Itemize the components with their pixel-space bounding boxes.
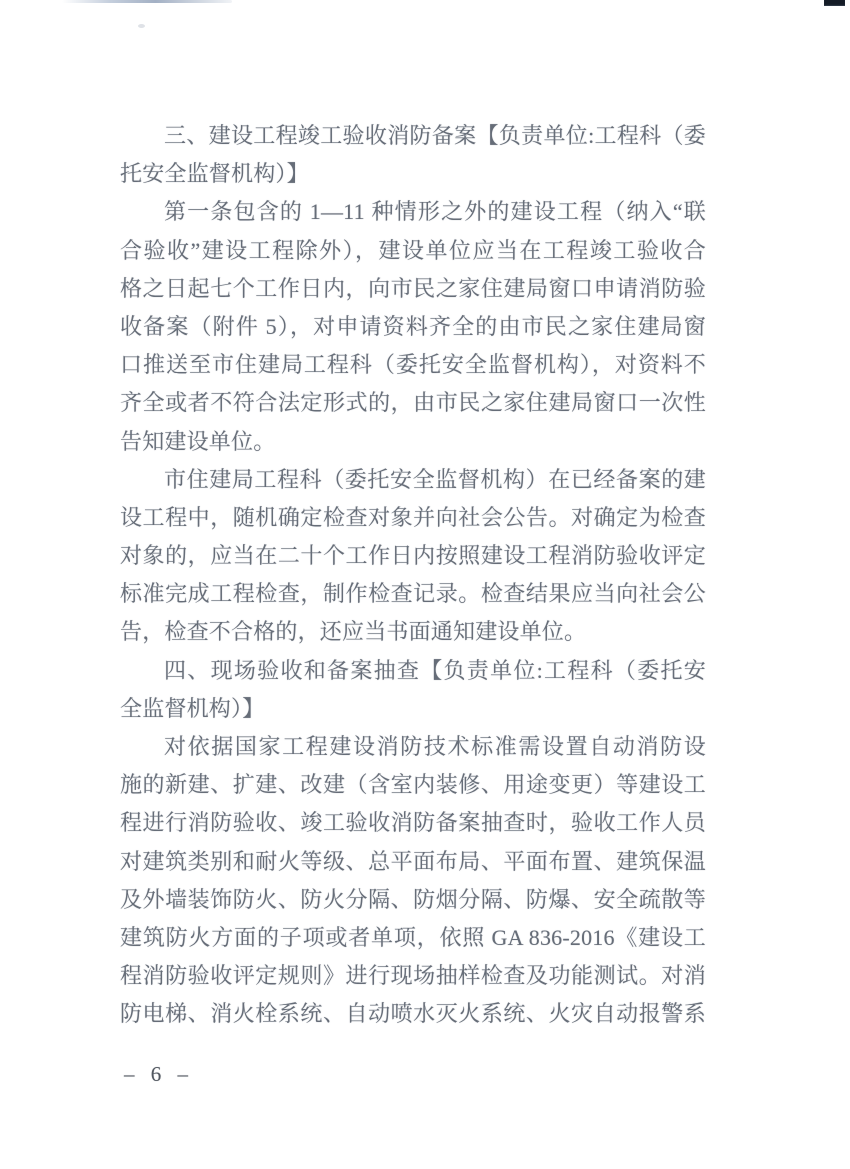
scan-mark-top-right-corner (824, 0, 845, 6)
section-heading-line: 全监督机构）】 (120, 690, 706, 728)
paragraph-line: 格之日起七个工作日内，向市民之家住建局窗口申请消防验 (120, 270, 706, 308)
paragraph-line: 对依据国家工程建设消防技术标准需设置自动消防设 (120, 728, 706, 766)
scanned-document-page: 三、建设工程竣工验收消防备案【负责单位:工程科（委 托安全监督机构）】 第一条包… (0, 0, 850, 1169)
paragraph-line: 标准完成工程检查，制作检查记录。检查结果应当向社会公 (120, 575, 706, 613)
page-number: – 6 – (124, 1062, 190, 1087)
paragraph-line: 告，检查不合格的，还应当书面通知建设单位。 (120, 613, 706, 651)
paragraph-line: 施的新建、扩建、改建（含室内装修、用途变更）等建设工 (120, 766, 706, 804)
paragraph-line: 及外墙装饰防火、防火分隔、防烟分隔、防爆、安全疏散等 (120, 881, 706, 919)
section-heading-line: 三、建设工程竣工验收消防备案【负责单位:工程科（委 (120, 117, 706, 155)
paragraph-line: 口推送至市住建局工程科（委托安全监督机构），对资料不 (120, 346, 706, 384)
paragraph-line: 告知建设单位。 (120, 423, 706, 461)
paragraph-line: 程进行消防验收、竣工验收消防备案抽查时，验收工作人员 (120, 804, 706, 842)
paragraph-line: 收备案（附件 5），对申请资料齐全的由市民之家住建局窗 (120, 308, 706, 346)
paragraph-line: 第一条包含的 1—11 种情形之外的建设工程（纳入“联 (120, 193, 706, 231)
scan-speck (138, 24, 145, 28)
paragraph-line: 程消防验收评定规则》进行现场抽样检查及功能测试。对消 (120, 957, 706, 995)
paragraph-line: 齐全或者不符合法定形式的，由市民之家住建局窗口一次性 (120, 384, 706, 422)
paragraph-line: 设工程中，随机确定检查对象并向社会公告。对确定为检查 (120, 499, 706, 537)
document-body: 三、建设工程竣工验收消防备案【负责单位:工程科（委 托安全监督机构）】 第一条包… (120, 117, 706, 1034)
paragraph-line: 对象的，应当在二十个工作日内按照建设工程消防验收评定 (120, 537, 706, 575)
section-heading-line: 托安全监督机构）】 (120, 155, 706, 193)
paragraph-line: 对建筑类别和耐火等级、总平面布局、平面布置、建筑保温 (120, 843, 706, 881)
paragraph-line: 合验收”建设工程除外），建设单位应当在工程竣工验收合 (120, 232, 706, 270)
paragraph-line: 市住建局工程科（委托安全监督机构）在已经备案的建 (120, 461, 706, 499)
scan-smudge-top-edge (62, 0, 232, 3)
section-heading-line: 四、现场验收和备案抽查【负责单位:工程科（委托安 (120, 652, 706, 690)
paragraph-line: 防电梯、消火栓系统、自动喷水灭火系统、火灾自动报警系 (120, 995, 706, 1033)
paragraph-line: 建筑防火方面的子项或者单项，依照 GA 836-2016《建设工 (120, 919, 706, 957)
